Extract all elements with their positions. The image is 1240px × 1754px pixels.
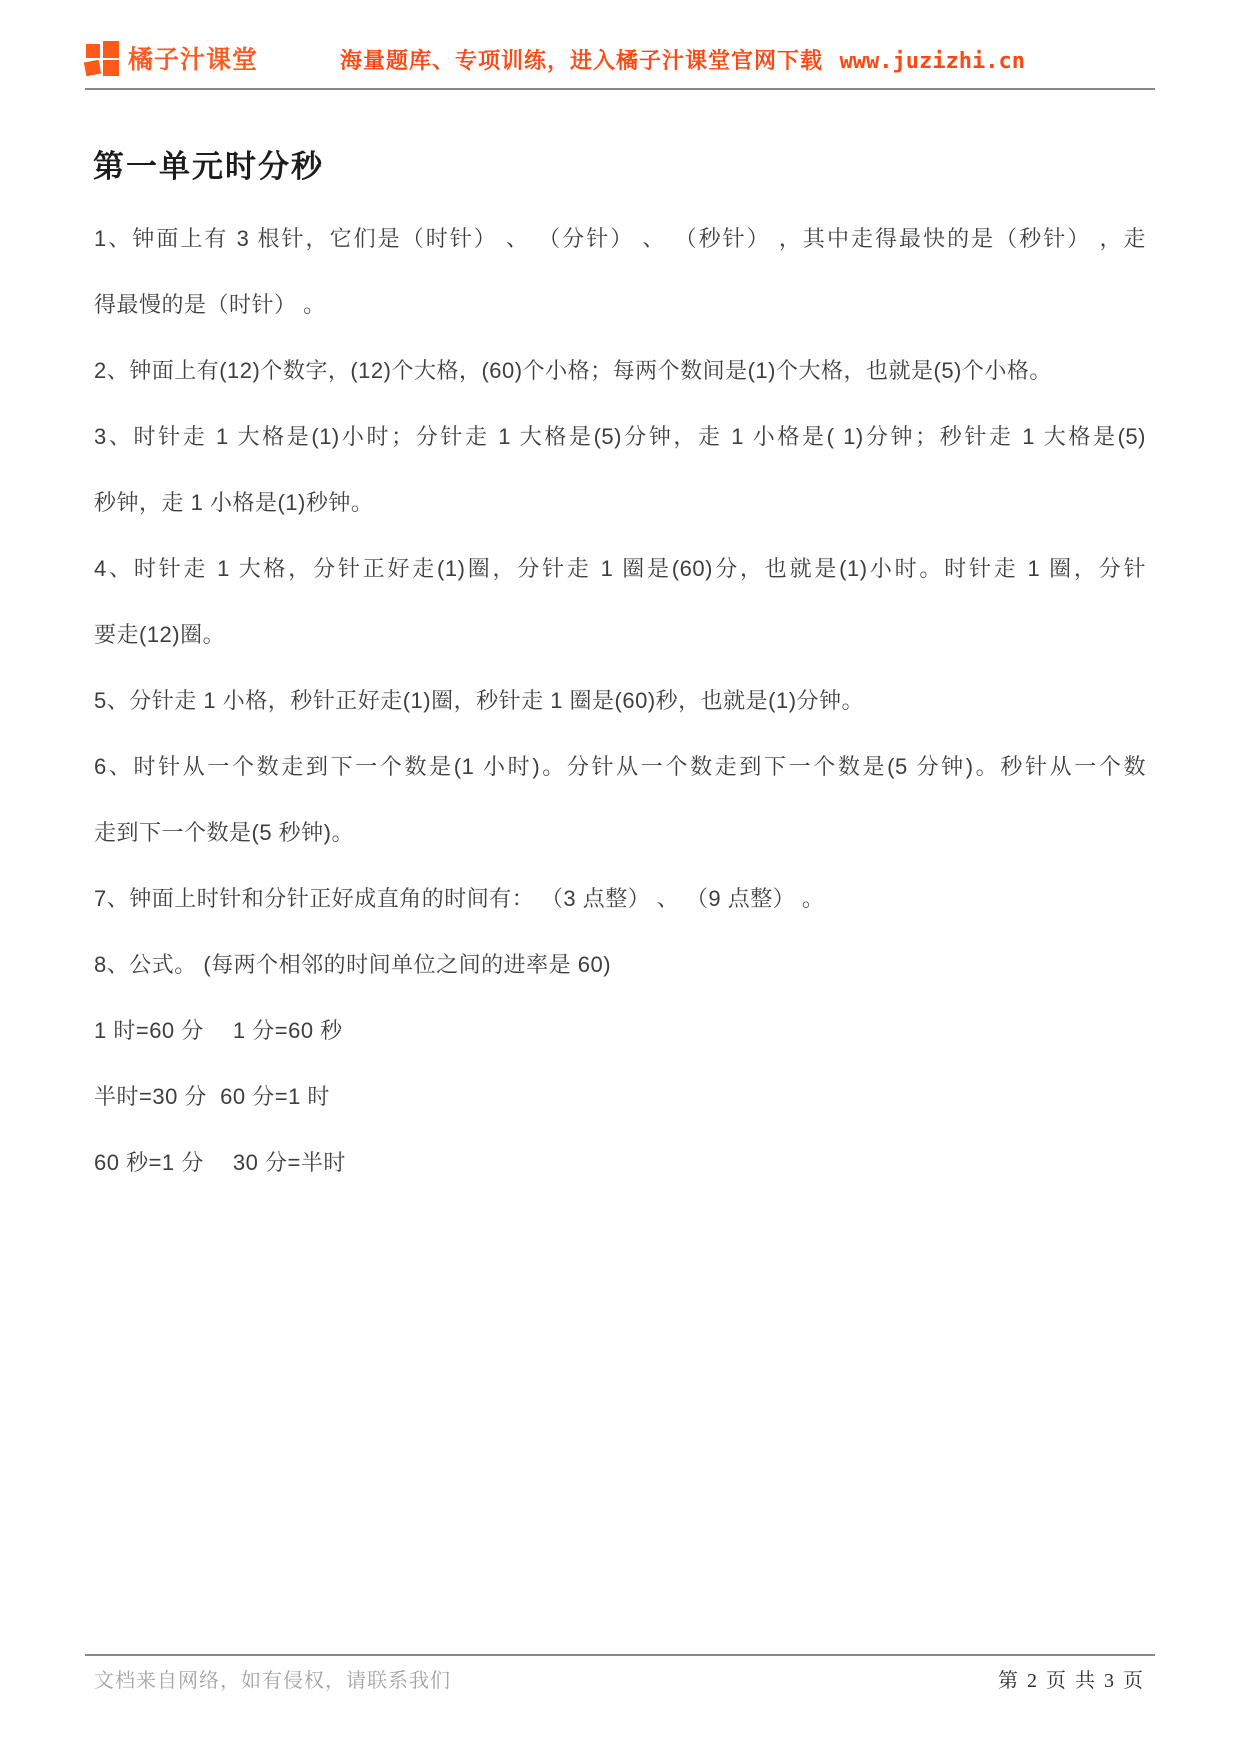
text-line-3b: 秒钟，走 1 小格是(1)秒钟。 <box>94 470 1146 536</box>
text-line-4a: 4、时针走 1 大格，分针正好走(1)圈，分针走 1 圈是(60)分，也就是(1… <box>94 536 1146 602</box>
page-number: 第 2 页 共 3 页 <box>998 1664 1145 1693</box>
text-line-4b: 要走(12)圈。 <box>94 602 1146 668</box>
text-line-7: 7、钟面上时针和分针正好成直角的时间有： （3 点整） 、 （9 点整） 。 <box>94 866 1146 932</box>
formula-line-1: 1 时=60 分 1 分=60 秒 <box>94 998 1146 1064</box>
header-promo: 海量题库、专项训练，进入橘子汁课堂官网下载 www.juzizhi.cn <box>340 44 1025 75</box>
formula-line-2: 半时=30 分 60 分=1 时 <box>94 1064 1146 1130</box>
text-line-6b: 走到下一个数是(5 秒钟)。 <box>94 800 1146 866</box>
footer-divider <box>85 1654 1155 1656</box>
logo-text: 橘子汁课堂 <box>128 40 258 76</box>
promo-url: www.juzizhi.cn <box>840 49 1025 74</box>
document-body: 1、钟面上有 3 根针，它们是（时针） 、 （分针） 、 （秒针） ，其中走得最… <box>94 206 1146 1196</box>
text-line-8: 8、公式。 (每两个相邻的时间单位之间的进率是 60) <box>94 932 1146 998</box>
header-divider <box>85 88 1155 90</box>
footer-disclaimer: 文档来自网络，如有侵权，请联系我们 <box>94 1664 451 1693</box>
text-line-5: 5、分针走 1 小格，秒针正好走(1)圈，秒针走 1 圈是(60)秒，也就是(1… <box>94 668 1146 734</box>
page-title: 第一单元时分秒 <box>93 141 324 186</box>
text-line-3a: 3、时针走 1 大格是(1)小时；分针走 1 大格是(5)分钟，走 1 小格是(… <box>94 404 1146 470</box>
text-line-1b: 得最慢的是（时针） 。 <box>94 272 1146 338</box>
promo-text: 海量题库、专项训练，进入橘子汁课堂官网下载 <box>340 48 823 73</box>
text-line-2: 2、钟面上有(12)个数字，(12)个大格，(60)个小格；每两个数间是(1)个… <box>94 338 1146 404</box>
four-squares-logo-icon <box>86 40 119 77</box>
brand-logo: 橘子汁课堂 <box>86 38 258 78</box>
text-line-1a: 1、钟面上有 3 根针，它们是（时针） 、 （分针） 、 （秒针） ，其中走得最… <box>94 206 1146 272</box>
document-page: 橘子汁课堂 海量题库、专项训练，进入橘子汁课堂官网下载 www.juzizhi.… <box>0 0 1240 1754</box>
formula-line-3: 60 秒=1 分 30 分=半时 <box>94 1130 1146 1196</box>
text-line-6a: 6、时针从一个数走到下一个数是(1 小时)。分针从一个数走到下一个数是(5 分钟… <box>94 734 1146 800</box>
